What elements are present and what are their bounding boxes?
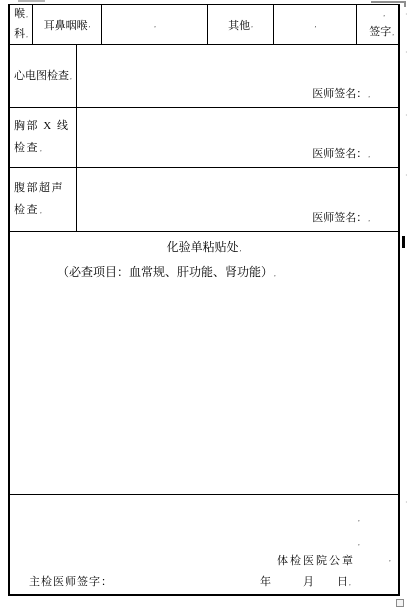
table-resize-handle[interactable] — [396, 599, 404, 607]
abdominal-ultrasound-exam-label: 腹部超声检查, — [10, 168, 77, 231]
paragraph-mark: , — [368, 91, 370, 99]
row-ecg-exam: 心电图检查, 医师签名：, — [10, 45, 398, 108]
cell-other-result: , — [274, 5, 357, 44]
paragraph-mark: , — [392, 29, 394, 37]
paragraph-mark: , — [274, 270, 276, 278]
paragraph-mark: , — [383, 10, 385, 18]
row-abdominal-ultrasound-exam: 腹部超声检查, 医师签名：, — [10, 168, 398, 232]
paragraph-mark: , — [349, 579, 351, 587]
row-end-mark: · — [405, 172, 408, 180]
paragraph-mark: , — [368, 151, 370, 159]
row-end-mark: · — [405, 49, 408, 57]
cell-signature: , 签字, — [357, 5, 398, 44]
throat-dept-char1: 喉, — [14, 5, 28, 25]
paragraph-mark: , — [26, 31, 28, 39]
paragraph-mark: , — [154, 21, 156, 29]
row-end-mark: · — [405, 499, 408, 507]
row-chest-xray-exam: 胸部 X 线检查, 医师签名：, — [10, 108, 398, 168]
date-line: 年月日, — [260, 573, 351, 589]
abdominal-ultrasound-result-area: 医师签名：, — [77, 168, 398, 231]
paragraph-mark: , — [40, 145, 43, 153]
exam-form-table: 喉, 科, 耳鼻咽喉, , 其他, , , 签字, 心电图检查, — [8, 4, 400, 596]
signature-label-line: 签字, — [357, 23, 395, 39]
physician-signature-label: 医师签名：, — [312, 209, 370, 225]
lab-title: 化验单粘贴处, — [10, 238, 398, 255]
physician-signature-label: 医师签名：, — [312, 145, 370, 161]
paragraph-mark: , — [389, 555, 391, 563]
paragraph-mark: , — [368, 215, 370, 223]
signature-label: 签字 — [369, 26, 391, 38]
row-end-mark: · — [405, 112, 408, 120]
header-row: 喉, 科, 耳鼻咽喉, , 其他, , , 签字, — [10, 5, 398, 45]
paragraph-mark: , — [358, 515, 360, 523]
lab-paste-area: 化验单粘贴处, （必查项目：血常规、肝功能、肾功能）, — [10, 232, 398, 495]
physician-signature-label: 医师签名：, — [312, 85, 370, 101]
paragraph-mark: , — [89, 21, 91, 29]
paragraph-mark: , — [251, 21, 253, 29]
paragraph-mark: , — [358, 539, 360, 547]
paragraph-mark: , — [315, 21, 317, 29]
page-edge-mark-right-corner — [404, 1, 406, 7]
page-edge-mark-right — [371, 1, 406, 3]
paragraph-mark: , — [70, 73, 72, 81]
paragraph-mark: , — [240, 245, 242, 253]
cell-ent-label: 耳鼻咽喉, — [33, 5, 102, 44]
page-edge-mark-left — [18, 0, 45, 2]
anchor-mark — [402, 236, 405, 248]
date-month-label: 月 — [303, 576, 314, 588]
footer-section: , , 体检医院公章 , 主检医师签字： 年月日, — [10, 495, 398, 592]
ecg-exam-result-area: 医师签名：, — [77, 45, 398, 107]
chest-xray-result-area: 医师签名：, — [77, 108, 398, 167]
date-year-label: 年 — [260, 576, 271, 588]
cell-ent-result: , — [102, 5, 208, 44]
paragraph-mark: , — [26, 11, 28, 19]
lab-required-note: （必查项目：血常规、肝功能、肾功能）, — [57, 263, 276, 280]
ecg-exam-label: 心电图检查, — [10, 45, 77, 107]
ent-label: 耳鼻咽喉 — [44, 17, 88, 33]
chest-xray-exam-label: 胸部 X 线检查, — [10, 108, 77, 167]
cell-other-label: 其他, — [208, 5, 274, 44]
hospital-seal-label: 体检医院公章 — [277, 552, 355, 568]
chief-physician-signature-label: 主检医师签字： — [29, 573, 113, 589]
date-day-label: 日 — [337, 576, 348, 588]
cell-throat-dept: 喉, 科, — [10, 5, 33, 44]
signature-cell-blank-line: , — [357, 7, 395, 23]
row-end-mark: · — [405, 11, 408, 19]
throat-dept-char2: 科, — [14, 25, 28, 45]
other-label: 其他 — [228, 17, 250, 33]
medical-exam-form: 喉, 科, 耳鼻咽喉, , 其他, , , 签字, 心电图检查, — [0, 0, 410, 609]
paragraph-mark: , — [40, 207, 43, 215]
